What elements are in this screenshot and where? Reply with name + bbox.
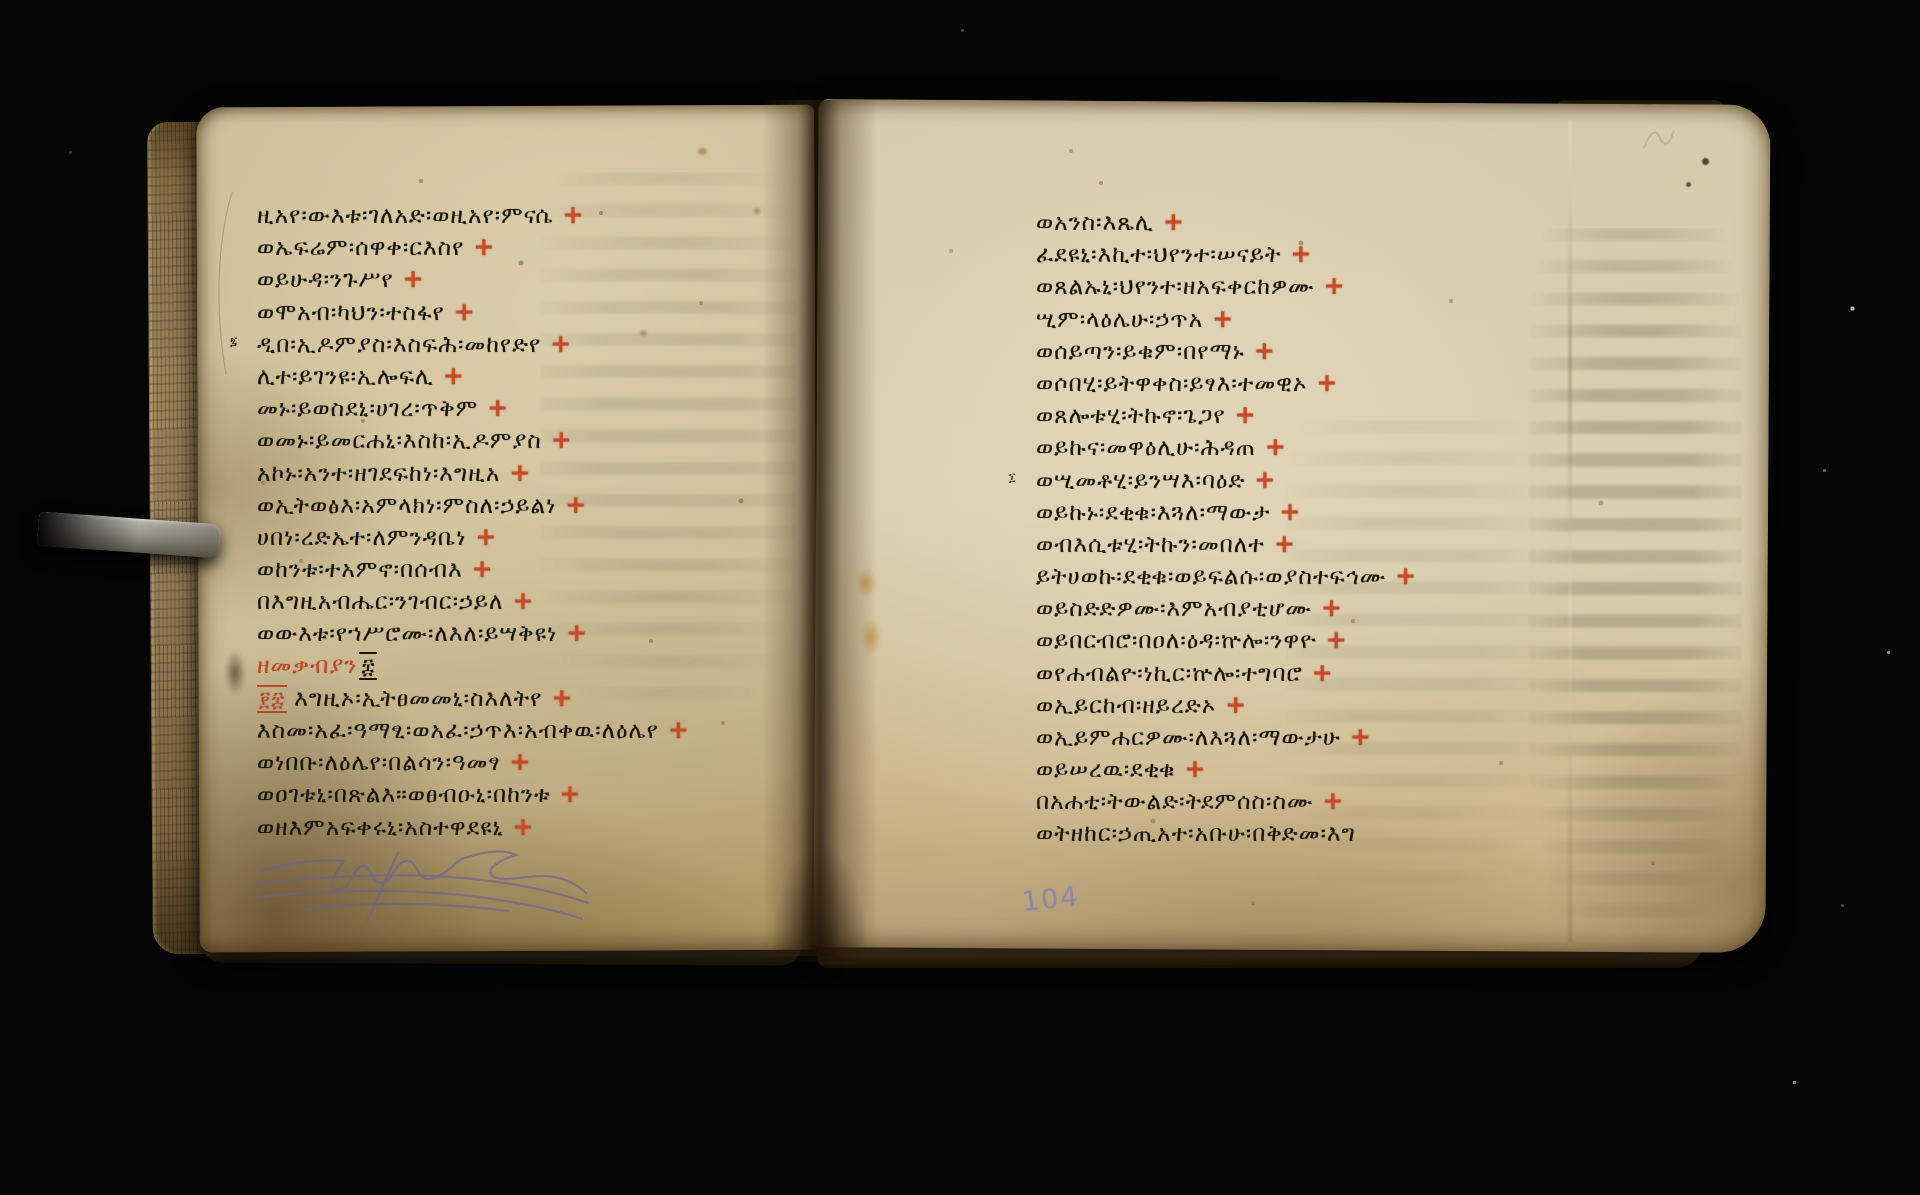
dark-spot <box>1702 158 1709 165</box>
verse-divider-cross-icon: + <box>551 683 573 712</box>
verse-text: ወብእሲቱሂ፡ትኩን፡መበለተ <box>1036 532 1265 558</box>
verse-line: ዚአየ፡ውእቱ፡ገለአድ፡ወዚአየ፡ምናሴ+ <box>257 199 817 231</box>
verse-text: ወትዘከር፡ኃጢአተ፡አቡሁ፡በቅድመ፡እግ <box>1036 821 1356 847</box>
verse-line: ወጸልኡኒ፡ህየንተ፡ዘአፍቀርከዎሙ+ <box>1036 270 1756 302</box>
verse-text: ሢም፡ላዕሌሁ፡ኃጥአ <box>1036 307 1203 333</box>
verse-text: ወየሐብልዮ፡ነኪር፡ኵሎ፡ተግባሮ <box>1036 661 1303 687</box>
verse-divider-cross-icon: + <box>1321 593 1343 622</box>
psalm-number-rubric: ፻፰ <box>257 685 287 713</box>
verse-divider-cross-icon: + <box>562 200 584 229</box>
verse-text: ወሢመቶሂ፡ይንሣእ፡ባዕድ <box>1036 468 1245 494</box>
verse-divider-cross-icon: + <box>510 747 532 776</box>
verse-text: ወሶበሂ፡ይትዋቀስ፡ይፃእ፡ተመዊኦ <box>1036 371 1308 397</box>
verse-line: ወጸሎቱሂ፡ትኩኖ፡ጌጋየ+ <box>1036 399 1756 431</box>
left-page-text-column: ዚአየ፡ውእቱ፡ገለአድ፡ወዚአየ፡ምናሴ+ወኤፍሬም፡ሰዋቀ፡ርእስየ+ወይሁ… <box>257 199 817 843</box>
verse-divider-cross-icon: + <box>560 779 582 808</box>
verse-text: ወይስድድዎሙ፡እምአብያቲሆሙ <box>1036 596 1312 622</box>
verse-line: ወአንስ፡እጼሊ+ <box>1036 206 1756 238</box>
verse-text: ወኢይርከብ፡ዘይረድኦ <box>1036 693 1216 719</box>
verse-divider-cross-icon: + <box>1163 207 1185 236</box>
verse-line: በእግዚአብሔር፡ንገብር፡ኃይለ+ <box>257 585 817 617</box>
verse-text: ወውእቱ፡የኀሥሮሙ፡ለእለ፡ይሣቅዩነ <box>257 621 557 647</box>
verse-line: ወሶበሂ፡ይትዋቀስ፡ይፃእ፡ተመዊኦ+ <box>1036 367 1756 399</box>
parchment-speckles-right <box>0 0 2 2</box>
verse-divider-cross-icon: + <box>551 425 573 454</box>
verse-line: ሢም፡ላዕሌሁ፡ኃጥአ+ <box>1036 303 1756 335</box>
verse-text: ወይኩኑ፡ደቂቁ፡እጓለ፡ማውታ <box>1036 500 1270 526</box>
verse-margin-mark: ፲ <box>1009 471 1016 483</box>
manuscript-photo: ዚአየ፡ውእቱ፡ገለአድ፡ወዚአየ፡ምናሴ+ወኤፍሬም፡ሰዋቀ፡ርእስየ+ወይሁ… <box>0 0 1920 1195</box>
verse-line: ወይበርብሮ፡በዐለ፡ዕዳ፡ኵሎ፡ንዋዮ+ <box>1036 624 1756 656</box>
verse-line: ወትዘከር፡ኃጢአተ፡አቡሁ፡በቅድመ፡እግ <box>1036 818 1756 850</box>
verse-line: ፯ዲበ፡ኢዶምያስ፡እስፍሕ፡መከየድየ+ <box>257 328 817 360</box>
verse-text: ወይሁዳ፡ንጉሥየ <box>257 267 394 293</box>
verse-text: በአሐቲ፡ትውልድ፡ትደምሰስ፡ስሙ <box>1036 789 1313 815</box>
verse-divider-cross-icon: + <box>443 361 465 390</box>
verse-text: መኑ፡ይወስደኒ፡ሀገረ፡ጥቅም <box>257 396 478 422</box>
verse-divider-cross-icon: + <box>475 522 497 551</box>
verse-text: ወሰይጣን፡ይቁም፡በየማኑ <box>1036 339 1245 365</box>
verse-text: ወአንስ፡እጼሊ <box>1036 210 1154 236</box>
verse-divider-cross-icon: + <box>1274 529 1296 558</box>
verse-divider-cross-icon: + <box>472 554 494 583</box>
verse-text: ወከንቱ፡ተአምኖ፡በሰብእ <box>257 557 463 583</box>
right-page-text-column: ወአንስ፡እጼሊ+ፈደዩኒ፡እኪተ፡ህየንተ፡ሠናይት+ወጸልኡኒ፡ህየንተ፡ዘ… <box>1036 206 1756 850</box>
verse-divider-cross-icon: + <box>1254 465 1276 494</box>
verse-divider-cross-icon: + <box>1184 754 1206 783</box>
verse-line: ፈደዩኒ፡እኪተ፡ህየንተ፡ሠናይት+ <box>1036 238 1756 270</box>
ink-smudge-stain <box>224 650 246 696</box>
verse-line: ወይኩኑ፡ደቂቁ፡እጓለ፡ማውታ+ <box>1036 496 1756 528</box>
verse-line: ወሰይጣን፡ይቁም፡በየማኑ+ <box>1036 335 1756 367</box>
verse-divider-cross-icon: + <box>454 297 476 326</box>
verse-line: ወኤፍሬም፡ሰዋቀ፡ርእስየ+ <box>257 231 817 263</box>
verse-divider-cross-icon: + <box>1326 625 1348 654</box>
verse-line: ወይኩና፡መዋዕሊሁ፡ሕዳጠ+ <box>1036 431 1756 463</box>
verse-divider-cross-icon: + <box>1312 658 1334 687</box>
verse-margin-mark: ፯ <box>230 335 238 347</box>
verse-divider-cross-icon: + <box>668 715 690 744</box>
verse-divider-cross-icon: + <box>403 264 425 293</box>
verse-line: ወይሠረዉ፡ደቂቁ+ <box>1036 753 1756 785</box>
verse-line: እስመ፡አፈ፡ዓማፂ፡ወአፈ፡ኃጥእ፡አብቀዉ፡ለዕሌየ+ <box>257 714 817 746</box>
verse-line: ሀበነ፡ረድኤተ፡ለምንዳቤነ+ <box>257 521 817 553</box>
verse-divider-cross-icon: + <box>1235 400 1257 429</box>
verse-line: ሊተ፡ይገንዩ፡ኢሎፍሊ+ <box>257 360 817 392</box>
verse-divider-cross-icon: + <box>1290 239 1312 268</box>
verse-line: ይትሀወኩ፡ደቂቁ፡ወይፍልሱ፡ወያስተፍኅሙ+ <box>1036 560 1756 592</box>
verse-text: ወይኩና፡መዋዕሊሁ፡ሕዳጠ <box>1036 435 1256 461</box>
verse-divider-cross-icon: + <box>1225 690 1247 719</box>
verse-line: ወውእቱ፡የኀሥሮሙ፡ለእለ፡ይሣቅዩነ+ <box>257 617 817 649</box>
dark-spot <box>1686 182 1691 187</box>
pencil-doodle <box>248 833 592 931</box>
verse-line: ወከንቱ፡ተአምኖ፡በሰብእ+ <box>257 553 817 585</box>
page-fold-line <box>1568 120 1572 942</box>
verse-text: ወነበቡ፡ለዕሌየ፡በልሳን፡ዓመፃ <box>257 750 501 776</box>
verse-divider-cross-icon: + <box>1322 786 1344 815</box>
verse-divider-cross-icon: + <box>1254 336 1276 365</box>
title-numeral: ፰ <box>359 652 377 680</box>
brown-spot <box>698 148 707 155</box>
verse-divider-cross-icon: + <box>487 393 509 422</box>
verse-text: እስመ፡አፈ፡ዓማፂ፡ወአፈ፡ኃጥእ፡አብቀዉ፡ለዕሌየ <box>257 718 659 744</box>
verse-text: ፈደዩኒ፡እኪተ፡ህየንተ፡ሠናይት <box>1036 242 1281 268</box>
verse-line: መኑ፡ይወስደኒ፡ሀገረ፡ጥቅም+ <box>257 392 817 424</box>
rubric-text: ዘመቃብያን <box>257 653 357 679</box>
verse-line: አኮኑ፡አንተ፡ዘገደፍከነ፡እግዚአ+ <box>257 457 817 489</box>
verse-divider-cross-icon: + <box>550 329 572 358</box>
verse-text: ዚአየ፡ውእቱ፡ገለአድ፡ወዚአየ፡ምናሴ <box>257 203 553 229</box>
verse-line: ፻፰እግዚኦ፡ኢትፀመመኒ፡ስእለትየ+ <box>257 682 817 714</box>
verse-text: ወኢትወፅእ፡አምላክነ፡ምስለ፡ኃይልነ <box>257 493 556 519</box>
verse-line: ወዐገቱኒ፡በጽልእ።ወፀብዑኒ፡በከንቱ+ <box>257 778 817 810</box>
verse-line: ወመኑ፡ይመርሐኒ፡እስከ፡ኢዶምያስ+ <box>257 424 817 456</box>
verse-line: በአሐቲ፡ትውልድ፡ትደምሰስ፡ስሙ+ <box>1036 785 1756 817</box>
verse-line: ወይሁዳ፡ንጉሥየ+ <box>257 263 817 295</box>
verse-text: ይትሀወኩ፡ደቂቁ፡ወይፍልሱ፡ወያስተፍኅሙ <box>1036 564 1386 590</box>
verse-divider-cross-icon: + <box>565 490 587 519</box>
verse-divider-cross-icon: + <box>566 618 588 647</box>
verse-line: ወኢይምሐርዎሙ፡ለእጓለ፡ማውታሁ+ <box>1036 721 1756 753</box>
verse-divider-cross-icon: + <box>509 458 531 487</box>
verse-text: ወሞአብ፡ካህን፡ተስፋየ <box>257 300 445 326</box>
verse-line: ወኢይርከብ፡ዘይረድኦ+ <box>1036 689 1756 721</box>
verse-line: ፲ወሢመቶሂ፡ይንሣእ፡ባዕድ+ <box>1036 464 1756 496</box>
verse-divider-cross-icon: + <box>1265 432 1287 461</box>
folio-number: 104 <box>1021 881 1081 918</box>
verse-text: ሊተ፡ይገንዩ፡ኢሎፍሊ <box>257 364 434 390</box>
verse-text: ሀበነ፡ረድኤተ፡ለምንዳቤነ <box>257 525 466 551</box>
gutter-shadow <box>762 100 878 956</box>
verse-line: ወሞአብ፡ካህን፡ተስፋየ+ <box>257 296 817 328</box>
verse-line: ወኢትወፅእ፡አምላክነ፡ምስለ፡ኃይልነ+ <box>257 489 817 521</box>
verse-divider-cross-icon: + <box>513 586 535 615</box>
verse-text: አኮኑ፡አንተ፡ዘገደፍከነ፡እግዚአ <box>257 461 500 487</box>
verse-text: እግዚኦ፡ኢትፀመመኒ፡ስእለትየ <box>294 686 542 712</box>
verse-divider-cross-icon: + <box>1279 497 1301 526</box>
verse-line: ወየሐብልዮ፡ነኪር፡ኵሎ፡ተግባሮ+ <box>1036 657 1756 689</box>
verse-text: ወኤፍሬም፡ሰዋቀ፡ርእስየ <box>257 235 464 261</box>
verse-line: ወይስድድዎሙ፡እምአብያቲሆሙ+ <box>1036 592 1756 624</box>
verse-line: ወነበቡ፡ለዕሌየ፡በልሳን፡ዓመፃ+ <box>257 746 817 778</box>
verse-text: ዲበ፡ኢዶምያስ፡እስፍሕ፡መከየድየ <box>257 332 541 358</box>
verse-text: ወመኑ፡ይመርሐኒ፡እስከ፡ኢዶምያስ <box>257 428 542 454</box>
verse-divider-cross-icon: + <box>1395 561 1417 590</box>
verse-text: በእግዚአብሔር፡ንገብር፡ኃይለ <box>257 589 504 615</box>
verse-line: ወብእሲቱሂ፡ትኩን፡መበለተ+ <box>1036 528 1756 560</box>
verse-text: ወዐገቱኒ፡በጽልእ።ወፀብዑኒ፡በከንቱ <box>257 782 551 808</box>
corner-ghost-mark <box>1636 118 1680 158</box>
verse-text: ወጸልኡኒ፡ህየንተ፡ዘአፍቀርከዎሙ <box>1036 274 1315 300</box>
verse-text: ወጸሎቱሂ፡ትኩኖ፡ጌጋየ <box>1036 403 1226 429</box>
verse-divider-cross-icon: + <box>1317 368 1339 397</box>
verse-divider-cross-icon: + <box>1324 271 1346 300</box>
hairline-crease <box>206 188 240 378</box>
psalm-title-line: ዘመቃብያን፰ <box>257 650 817 682</box>
verse-divider-cross-icon: + <box>473 232 495 261</box>
verse-text: ወይሠረዉ፡ደቂቁ <box>1036 757 1175 783</box>
verse-divider-cross-icon: + <box>1350 722 1372 751</box>
verse-text: ወኢይምሐርዎሙ፡ለእጓለ፡ማውታሁ <box>1036 725 1341 751</box>
verse-divider-cross-icon: + <box>1212 304 1234 333</box>
verse-text: ወይበርብሮ፡በዐለ፡ዕዳ፡ኵሎ፡ንዋዮ <box>1036 628 1317 654</box>
